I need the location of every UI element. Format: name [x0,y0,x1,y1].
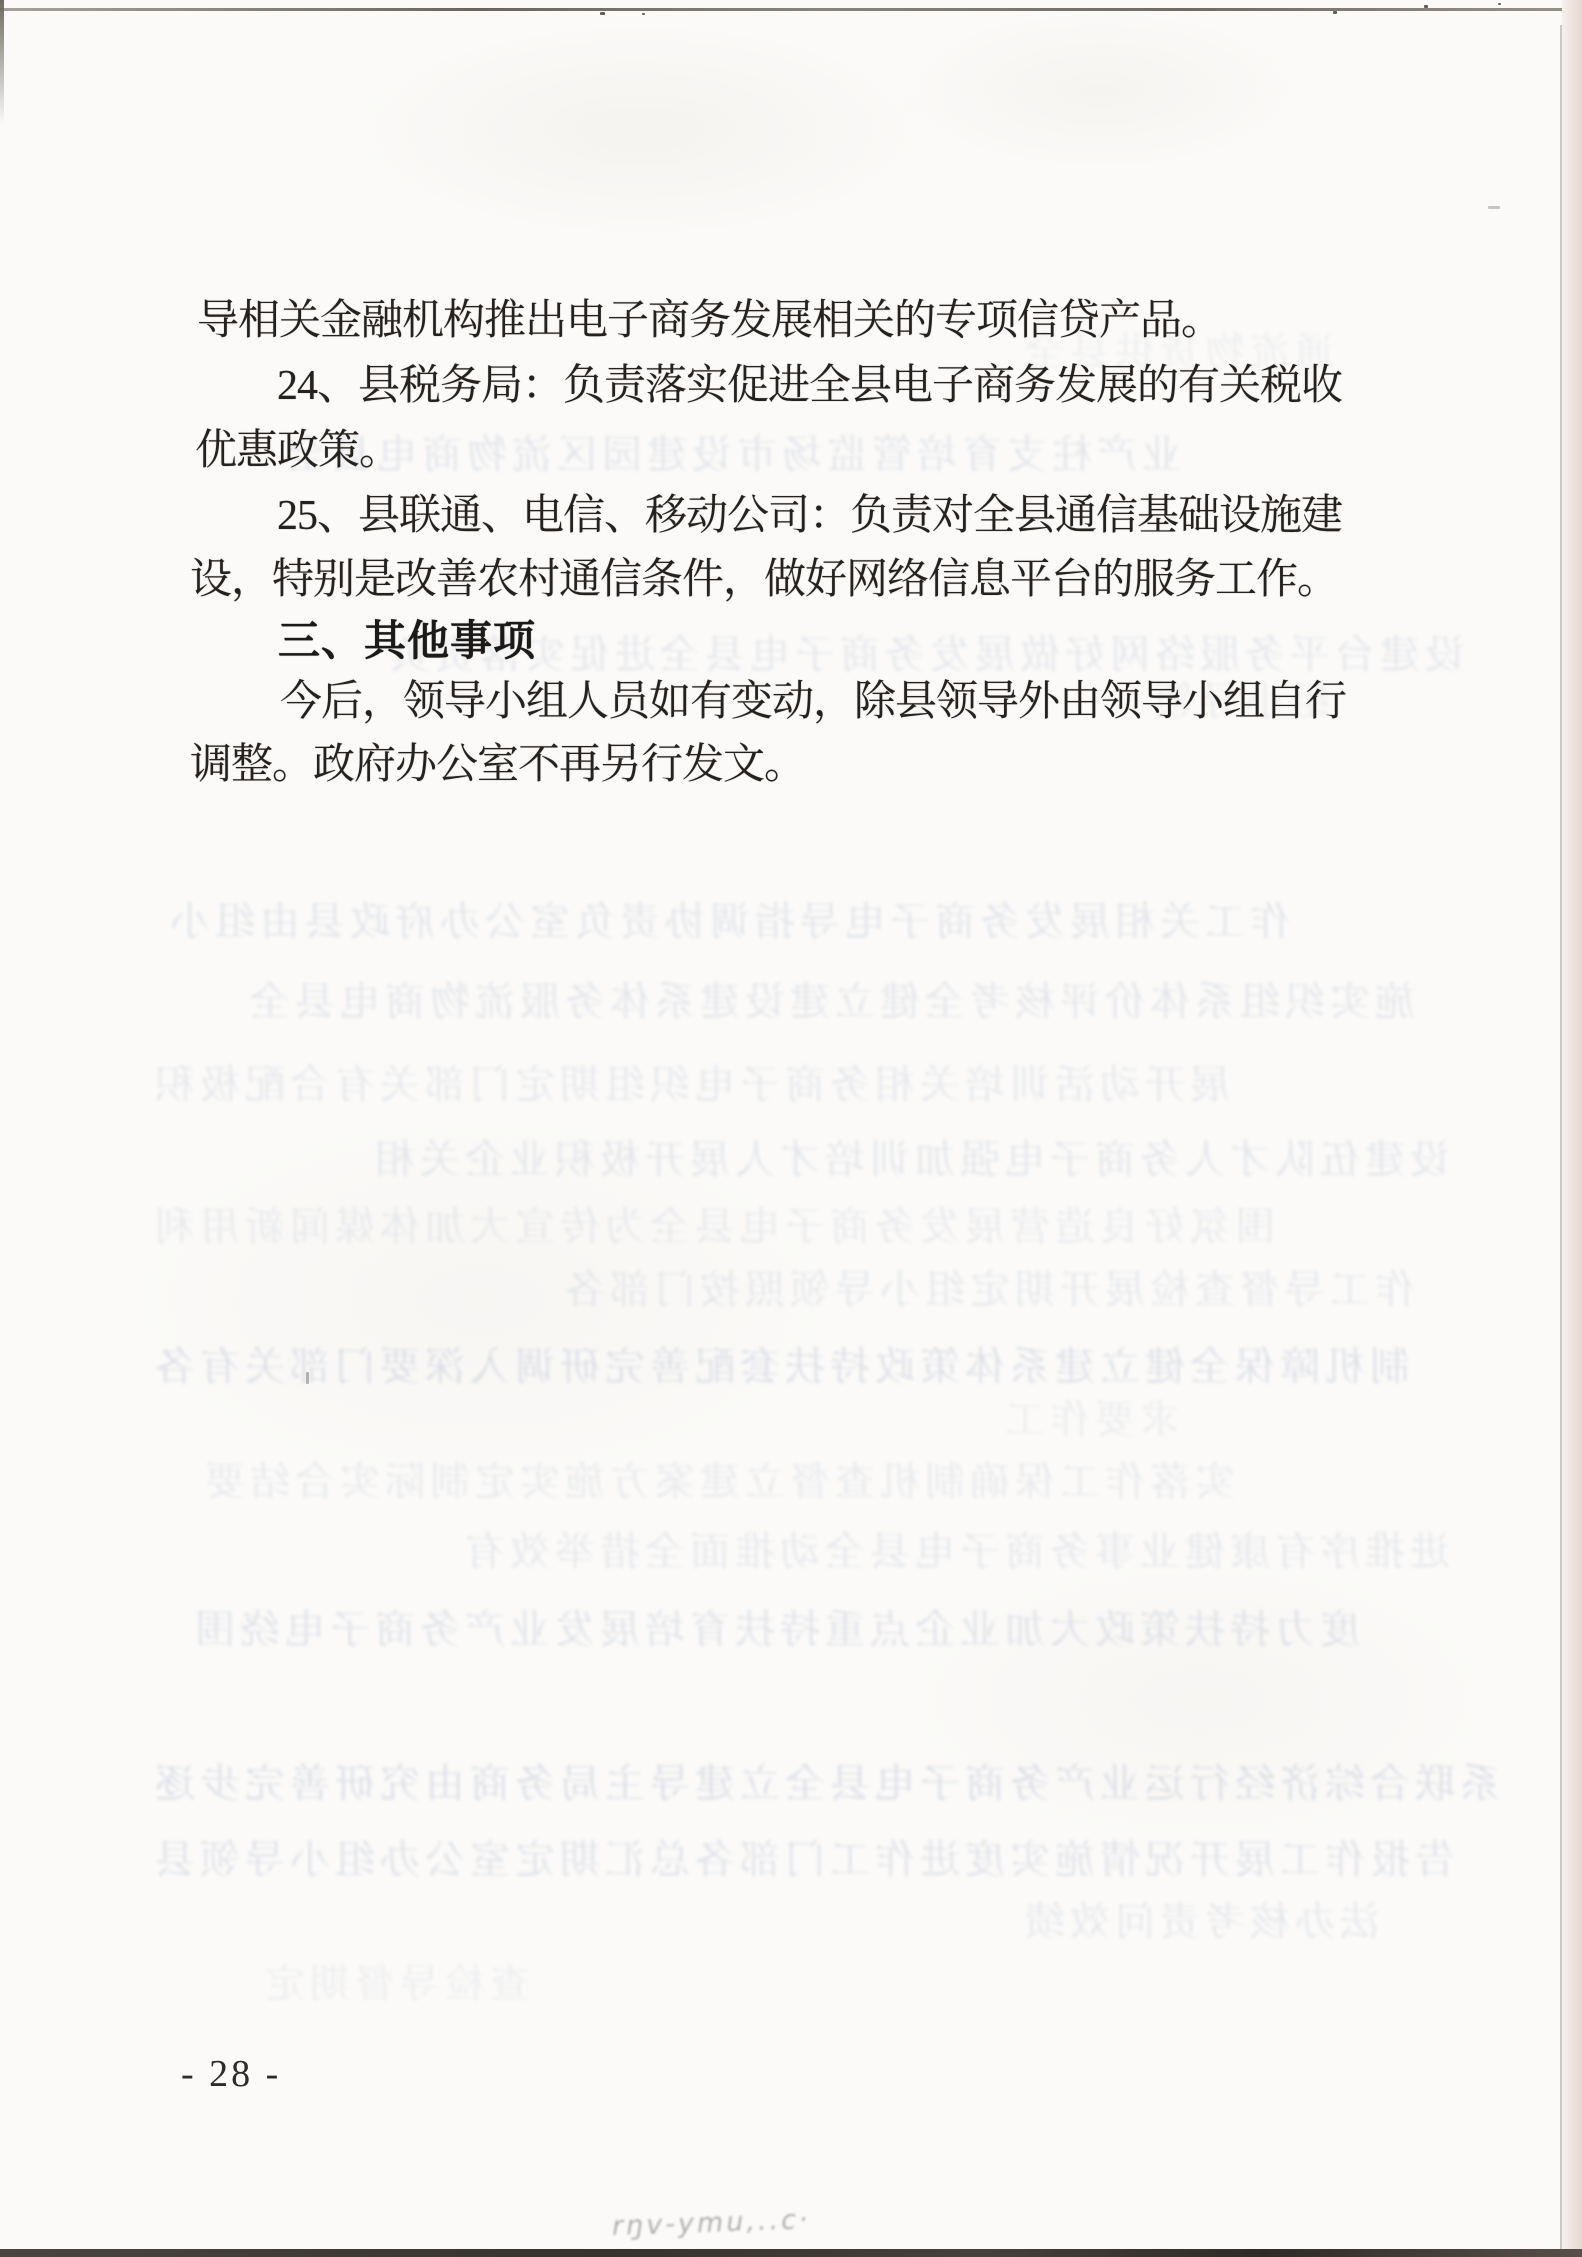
document-line: 设，特别是改善农村通信条件，做好网络信息平台的服务工作。 [190,557,1338,603]
scan-right-edge-band [1562,0,1582,2257]
bleedthrough-line: 查检导督期定 [260,1962,530,2006]
bleedthrough-line: 展开动活训培关相务商子电织组期定门部关有合配极积 [150,1063,1230,1107]
scan-speck [642,13,645,15]
document-line: 24、县税务局：负责落实促进全县电子商务发展的有关税收 [277,363,1342,409]
scan-top-edge-line [0,8,1582,11]
bleedthrough-line: 制机障保全健立建系体策政持扶套配善完研调入深要门部关有各 [150,1345,1410,1389]
scan-speck [1333,11,1337,14]
bleedthrough-line: 系联合综济经行运业产务商子电县全立建导主局务商由究研善完步逐 [150,1762,1500,1806]
bleedthrough-line: 求要作工 [1000,1398,1180,1442]
bleedthrough-line: 度力持扶策政大加业企点重持扶育培展发业产务商子电绕围 [190,1608,1360,1652]
document-line: 25、县联通、电信、移动公司：负责对全县通信基础设施建 [277,493,1342,539]
scanned-document-page: 通流物货供县全 业产柱支育培管监场市设建园区流物商电县全 设建台平务服络网好做展… [0,0,1582,2257]
bleedthrough-line: 进推序有康健业事务商子电县全动推面全措举效有 [460,1530,1450,1574]
scan-speck [1424,5,1428,8]
bleedthrough-line: 告报作工展开况情施实度进作工门部各总汇期定室公办组小导领县 [150,1838,1455,1882]
document-line: 导相关金融机构推出电子商务发展相关的专项信贷产品。 [197,298,1222,344]
bleedthrough-line: 施实织组系体价评核考全健立建设建系体务服流物商电县全 [245,980,1415,1024]
page-number: - 28 - [181,2052,281,2096]
scan-speck [306,1372,309,1384]
document-line: 调整。政府办公室不再另行发文。 [190,742,805,788]
section-heading: 三、其他事项 [278,618,536,664]
bleedthrough-line: 实落作工保确制机查督立建案方施实定制际实合结要 [200,1460,1235,1504]
document-line: 优惠政策。 [195,428,400,474]
bleedthrough-line: 作工关相展发务商子电导指调协责负室公办府政县由组小 [165,900,1290,944]
bleedthrough-line: 围氛好良造营展发务商子电县全为传宣大加体媒闻新用利 [150,1205,1275,1249]
scan-speck [600,12,605,15]
pencil-scribble: rŋv-ymu,..c· [612,2201,893,2242]
document-line: 今后，领导小组人员如有变动，除县领导外由领导小组自行 [280,679,1346,725]
scan-left-edge-line [0,0,4,125]
scan-speck [1498,3,1501,5]
bleedthrough-line: 设建伍队才人务商子电强加训培才人展开极积业企关相 [370,1138,1450,1182]
bleedthrough-line: 业产柱支育培管监场市设建园区流物商电县全 [282,433,1182,477]
bleedthrough-line: 法办核考责问效绩 [1020,1900,1380,1944]
scan-bottom-edge-line [0,2249,1582,2257]
scan-right-edge-line [1560,25,1562,2249]
bleedthrough-line: 作工导督查检展开期定组小导领照按门部各 [560,1268,1415,1312]
scan-speck [1488,206,1500,209]
bleedthrough-line: 设建台平务服络网好做展发务商子电县全进促实落责负 [385,633,1465,677]
